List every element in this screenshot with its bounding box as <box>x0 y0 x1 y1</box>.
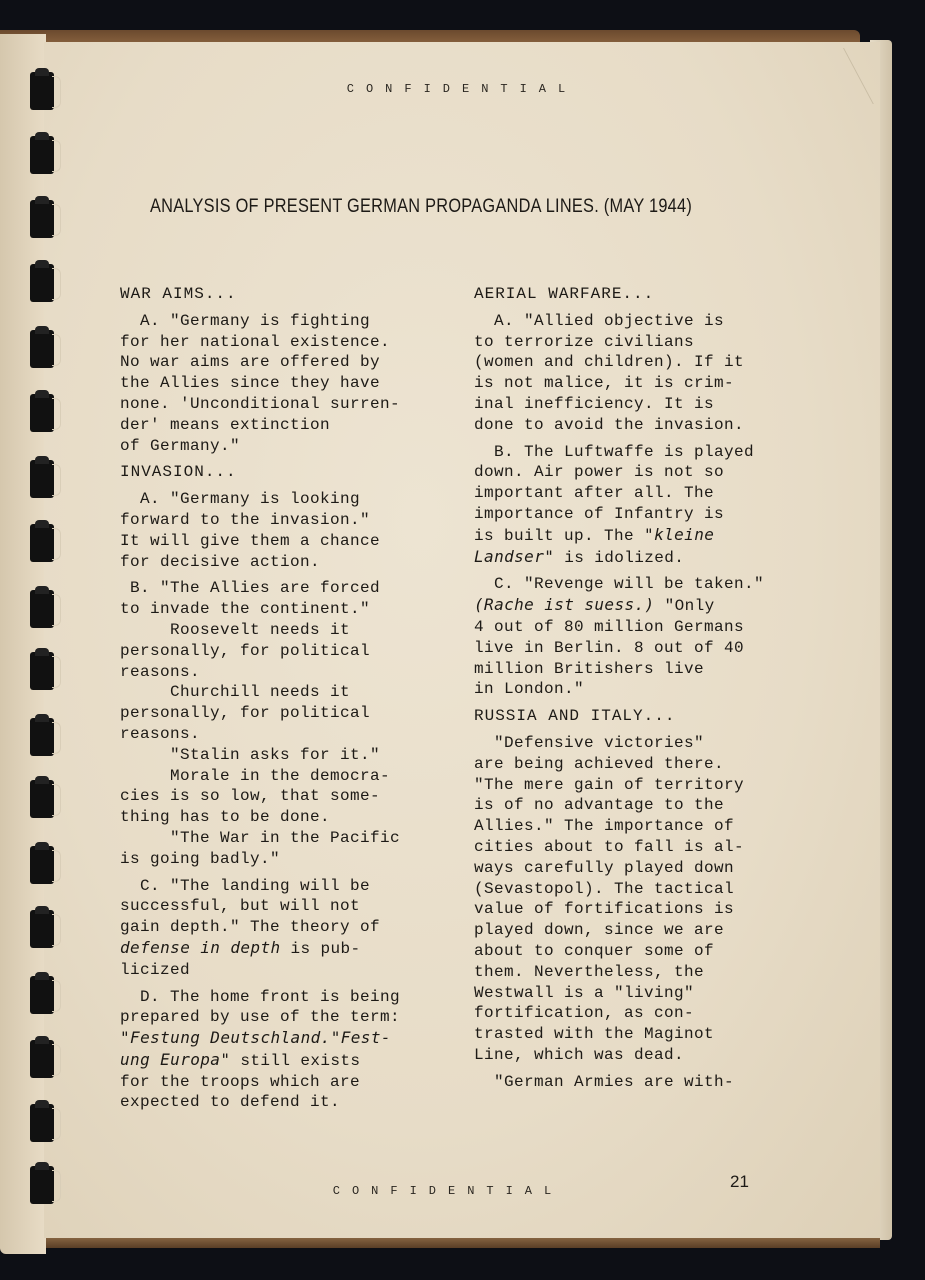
text-line: A. "Germany is fighting <box>120 311 420 332</box>
text-line: live in Berlin. 8 out of 40 <box>474 638 774 659</box>
binder-comb-ring <box>30 460 54 498</box>
text-line: A. "Allied objective is <box>474 311 774 332</box>
text-line: licized <box>120 960 420 981</box>
page-number: 21 <box>730 1172 749 1192</box>
text-line: reasons. <box>120 724 420 745</box>
paragraph: "German Armies are with- <box>474 1072 774 1093</box>
text-line: cies is so low, that some- <box>120 786 420 807</box>
text-line: 4 out of 80 million Germans <box>474 617 774 638</box>
binder-comb-ring <box>30 1040 54 1078</box>
text-line: for the troops which are <box>120 1072 420 1093</box>
text-line: "Festung Deutschland."Fest- <box>120 1028 420 1050</box>
header-confidential-stamp: CONFIDENTIAL <box>44 82 880 96</box>
text-line: It will give them a chance <box>120 531 420 552</box>
text-line: No war aims are offered by <box>120 352 420 373</box>
text-line: reasons. <box>120 662 420 683</box>
paragraph: D. The home front is beingprepared by us… <box>120 987 420 1114</box>
binder-comb-ring <box>30 846 54 884</box>
paragraph: "Defensive victories"are being achieved … <box>474 733 774 1066</box>
text-line: forward to the invasion." <box>120 510 420 531</box>
text-line: to terrorize civilians <box>474 332 774 353</box>
text-line: none. 'Unconditional surren- <box>120 394 420 415</box>
text-line: Allies." The importance of <box>474 816 774 837</box>
text-line: "Stalin asks for it." <box>120 745 420 766</box>
binder-comb-ring <box>30 524 54 562</box>
binder-comb-ring <box>30 264 54 302</box>
paragraph: B. The Luftwaffe is playeddown. Air powe… <box>474 442 774 569</box>
text-line: Roosevelt needs it <box>120 620 420 641</box>
text-line: ung Europa" still exists <box>120 1050 420 1072</box>
text-line: in London." <box>474 679 774 700</box>
text-line: ways carefully played down <box>474 858 774 879</box>
italic-phrase: (Rache ist suess.) <box>474 595 655 614</box>
text-line: personally, for political <box>120 641 420 662</box>
text-line: D. The home front is being <box>120 987 420 1008</box>
text-line: is not malice, it is crim- <box>474 373 774 394</box>
text-line: important after all. The <box>474 483 774 504</box>
section-heading: WAR AIMS... <box>120 284 420 305</box>
text-line: "German Armies are with- <box>474 1072 774 1093</box>
text-line: gain depth." The theory of <box>120 917 420 938</box>
section-heading: AERIAL WARFARE... <box>474 284 774 305</box>
italic-phrase: defense in depth <box>120 938 281 957</box>
text-line: (Sevastopol). The tactical <box>474 879 774 900</box>
text-line: "The mere gain of territory <box>474 775 774 796</box>
text-line: fortification, as con- <box>474 1003 774 1024</box>
paragraph: A. "Germany is lookingforward to the inv… <box>120 489 420 572</box>
text-line: prepared by use of the term: <box>120 1007 420 1028</box>
text-line: is of no advantage to the <box>474 795 774 816</box>
binder-comb-ring <box>30 1104 54 1142</box>
text-line: C. "Revenge will be taken." <box>474 574 774 595</box>
italic-phrase: ung Europa" <box>120 1050 230 1069</box>
text-line: million Britishers live <box>474 659 774 680</box>
text-line: inal inefficiency. It is <box>474 394 774 415</box>
binder-comb-ring <box>30 590 54 628</box>
text-line: them. Nevertheless, the <box>474 962 774 983</box>
text-line: personally, for political <box>120 703 420 724</box>
paragraph: C. "Revenge will be taken."(Rache ist su… <box>474 574 774 700</box>
text-line: for decisive action. <box>120 552 420 573</box>
text-line: der' means extinction <box>120 415 420 436</box>
text-line: the Allies since they have <box>120 373 420 394</box>
paragraph: B. "The Allies are forcedto invade the c… <box>120 578 420 869</box>
section-heading: INVASION... <box>120 462 420 483</box>
italic-phrase: Landser" <box>474 547 554 566</box>
text-line: done to avoid the invasion. <box>474 415 774 436</box>
text-line: about to conquer some of <box>474 941 774 962</box>
text-line: down. Air power is not so <box>474 462 774 483</box>
binder-comb-ring <box>30 652 54 690</box>
binder-comb-ring <box>30 780 54 818</box>
text-line: Westwall is a "living" <box>474 983 774 1004</box>
binder-comb-ring <box>30 394 54 432</box>
text-line: Line, which was dead. <box>474 1045 774 1066</box>
text-line: B. "The Allies are forced <box>120 578 420 599</box>
binder-comb-ring <box>30 136 54 174</box>
section-heading: RUSSIA AND ITALY... <box>474 706 774 727</box>
text-line: are being achieved there. <box>474 754 774 775</box>
page-title: ANALYSIS OF PRESENT GERMAN PROPAGANDA LI… <box>150 196 683 218</box>
text-line: Morale in the democra- <box>120 766 420 787</box>
binder-comb-ring <box>30 976 54 1014</box>
text-line: defense in depth is pub- <box>120 938 420 960</box>
text-line: (Rache ist suess.) "Only <box>474 595 774 617</box>
text-line: is going badly." <box>120 849 420 870</box>
italic-phrase: "Festung Deutschland."Fest- <box>120 1028 391 1047</box>
paragraph: A. "Allied objective isto terrorize civi… <box>474 311 774 436</box>
text-line: importance of Infantry is <box>474 504 774 525</box>
text-line: successful, but will not <box>120 896 420 917</box>
text-line: B. The Luftwaffe is played <box>474 442 774 463</box>
left-column: WAR AIMS... A. "Germany is fightingfor h… <box>120 284 420 1119</box>
text-line: Landser" is idolized. <box>474 547 774 569</box>
text-line: trasted with the Maginot <box>474 1024 774 1045</box>
text-line: is built up. The "kleine <box>474 525 774 547</box>
text-line: expected to defend it. <box>120 1092 420 1113</box>
text-line: value of fortifications is <box>474 899 774 920</box>
binder-comb-ring <box>30 330 54 368</box>
binder-comb-ring <box>30 718 54 756</box>
photo-scene: CONFIDENTIAL ANALYSIS OF PRESENT GERMAN … <box>0 0 925 1280</box>
text-line: cities about to fall is al- <box>474 837 774 858</box>
binder-comb-ring <box>30 910 54 948</box>
text-line: Churchill needs it <box>120 682 420 703</box>
right-column: AERIAL WARFARE... A. "Allied objective i… <box>474 284 774 1098</box>
text-line: of Germany." <box>120 436 420 457</box>
text-line: C. "The landing will be <box>120 876 420 897</box>
binder-comb-ring <box>30 200 54 238</box>
italic-phrase: "kleine <box>644 525 714 544</box>
paragraph: C. "The landing will besuccessful, but w… <box>120 876 420 981</box>
text-line: for her national existence. <box>120 332 420 353</box>
text-line: thing has to be done. <box>120 807 420 828</box>
text-line: A. "Germany is looking <box>120 489 420 510</box>
text-line: (women and children). If it <box>474 352 774 373</box>
text-line: played down, since we are <box>474 920 774 941</box>
text-line: "Defensive victories" <box>474 733 774 754</box>
text-line: to invade the continent." <box>120 599 420 620</box>
paragraph: A. "Germany is fightingfor her national … <box>120 311 420 457</box>
text-line: "The War in the Pacific <box>120 828 420 849</box>
